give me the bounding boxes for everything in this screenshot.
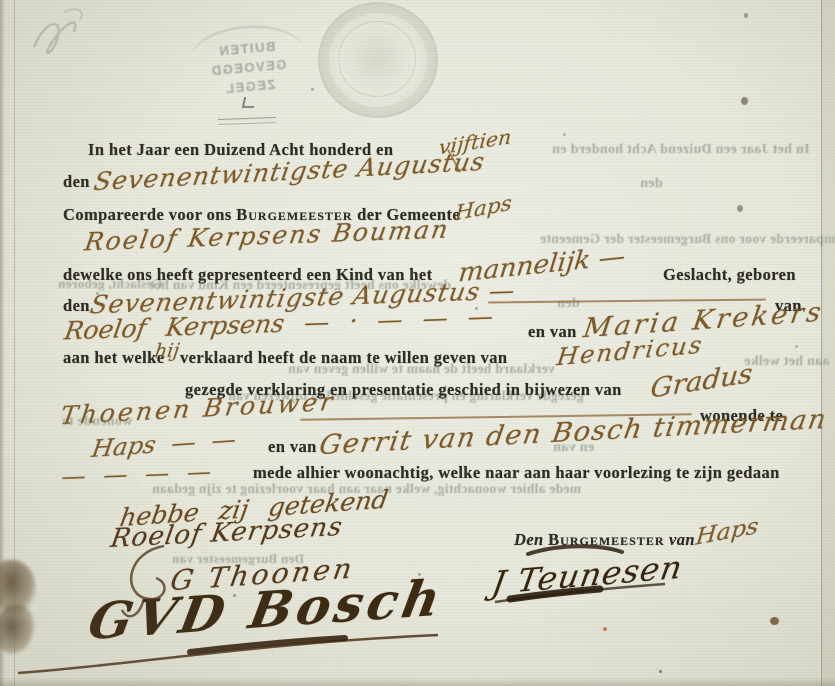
- handwritten-pronoun: hij: [153, 340, 180, 363]
- printed-geslacht-geboren: Geslacht, geboren: [663, 265, 796, 285]
- handwritten-witness1-name: Thoenen Brouwer: [59, 387, 338, 430]
- bleed-through-text: In het Jaar een Duizend Acht honderd en: [552, 142, 810, 158]
- bleed-through-text: den: [640, 176, 663, 192]
- printed-mede: mede alhier woonachtig, welke naar aan h…: [253, 463, 780, 483]
- paper-speck: [233, 594, 236, 597]
- bleed-through-text: Compareerde voor ons Burgemeester der Ge…: [540, 231, 835, 247]
- paper-speck: [659, 670, 662, 673]
- bleed-through-text: den: [557, 296, 580, 312]
- ink-mark: [242, 97, 256, 108]
- pencil-scribble: [14, 2, 109, 72]
- printed-en-van: en van: [528, 322, 577, 342]
- printed-compareerde-pre: Compareerde voor ons: [63, 205, 236, 224]
- burgemeester-signature-flourish: [480, 540, 690, 610]
- stamp-base-mark: [218, 117, 276, 125]
- paper-speck: [741, 97, 748, 105]
- embossed-seal-center: [338, 21, 416, 97]
- paper-speck: [475, 307, 478, 310]
- bleed-through-text: aan het welke: [744, 354, 830, 370]
- embossed-seal: [318, 2, 438, 118]
- paper-speck: [96, 292, 99, 295]
- page-bottom-edge: [0, 677, 835, 686]
- bleed-through-stamp: BUITEN GEVOEGD ZEGEL: [187, 21, 309, 107]
- paper-speck: [737, 205, 743, 212]
- paper-speck: [418, 573, 421, 576]
- printed-aan-het-welke: aan het welke: [63, 348, 164, 368]
- paper-speck: [563, 133, 566, 136]
- handwritten-child-name: Hendricus: [555, 331, 705, 371]
- handwritten-gemeente2: Haps: [695, 513, 760, 550]
- left-fold-line: [14, 0, 15, 686]
- printed-den: den: [63, 172, 90, 192]
- paper-speck: [770, 617, 779, 625]
- handwritten-residence: Haps — —: [90, 425, 239, 463]
- handwritten-gemeente: Haps: [455, 191, 513, 225]
- printed-den2: den: [63, 296, 90, 316]
- paper-speck: [603, 627, 607, 631]
- paper-speck: [744, 13, 748, 18]
- paper-speck: [311, 88, 314, 91]
- printed-verklaard: verklaard heeft de naam te willen geven …: [180, 348, 507, 368]
- page-right-edge: [823, 0, 835, 686]
- printed-en-van2: en van: [268, 437, 317, 457]
- handwritten-witness1-firstname: Gradus: [649, 358, 754, 404]
- paper-speck: [795, 345, 798, 348]
- page-left-edge: [0, 0, 5, 686]
- signature-underline-flourish: [10, 615, 450, 675]
- handwritten-dashes: — — — —: [60, 457, 214, 490]
- scanned-document: BUITEN GEVOEGD ZEGEL In het Jaar een Dui…: [0, 0, 835, 686]
